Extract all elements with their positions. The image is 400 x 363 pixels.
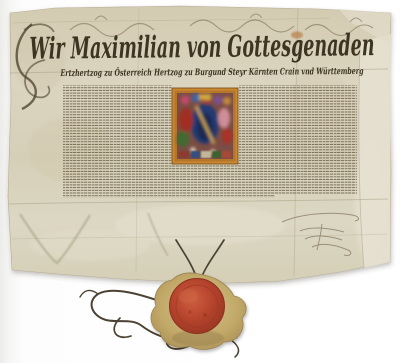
seal-highlight	[178, 289, 198, 303]
body-text-last-line	[63, 194, 275, 198]
body-text-below-miniature	[63, 163, 357, 194]
seal-speckle	[188, 310, 191, 313]
seal-speckle	[203, 313, 207, 317]
body-text-left-of-miniature	[63, 85, 172, 163]
illuminated-miniature	[172, 88, 238, 164]
miniature-bottom-figures	[179, 151, 231, 158]
charter-photo: Wir Maximilian von Gottesgenaden Ertzher…	[0, 0, 400, 363]
charter-heading-line1: Wir Maximilian von Gottesgenaden	[29, 28, 374, 67]
seal-red-disc	[170, 279, 225, 334]
body-text-right-of-miniature	[239, 85, 357, 163]
wax-seal	[151, 273, 246, 350]
photo-background: Wir Maximilian von Gottesgenaden Ertzher…	[0, 0, 400, 363]
